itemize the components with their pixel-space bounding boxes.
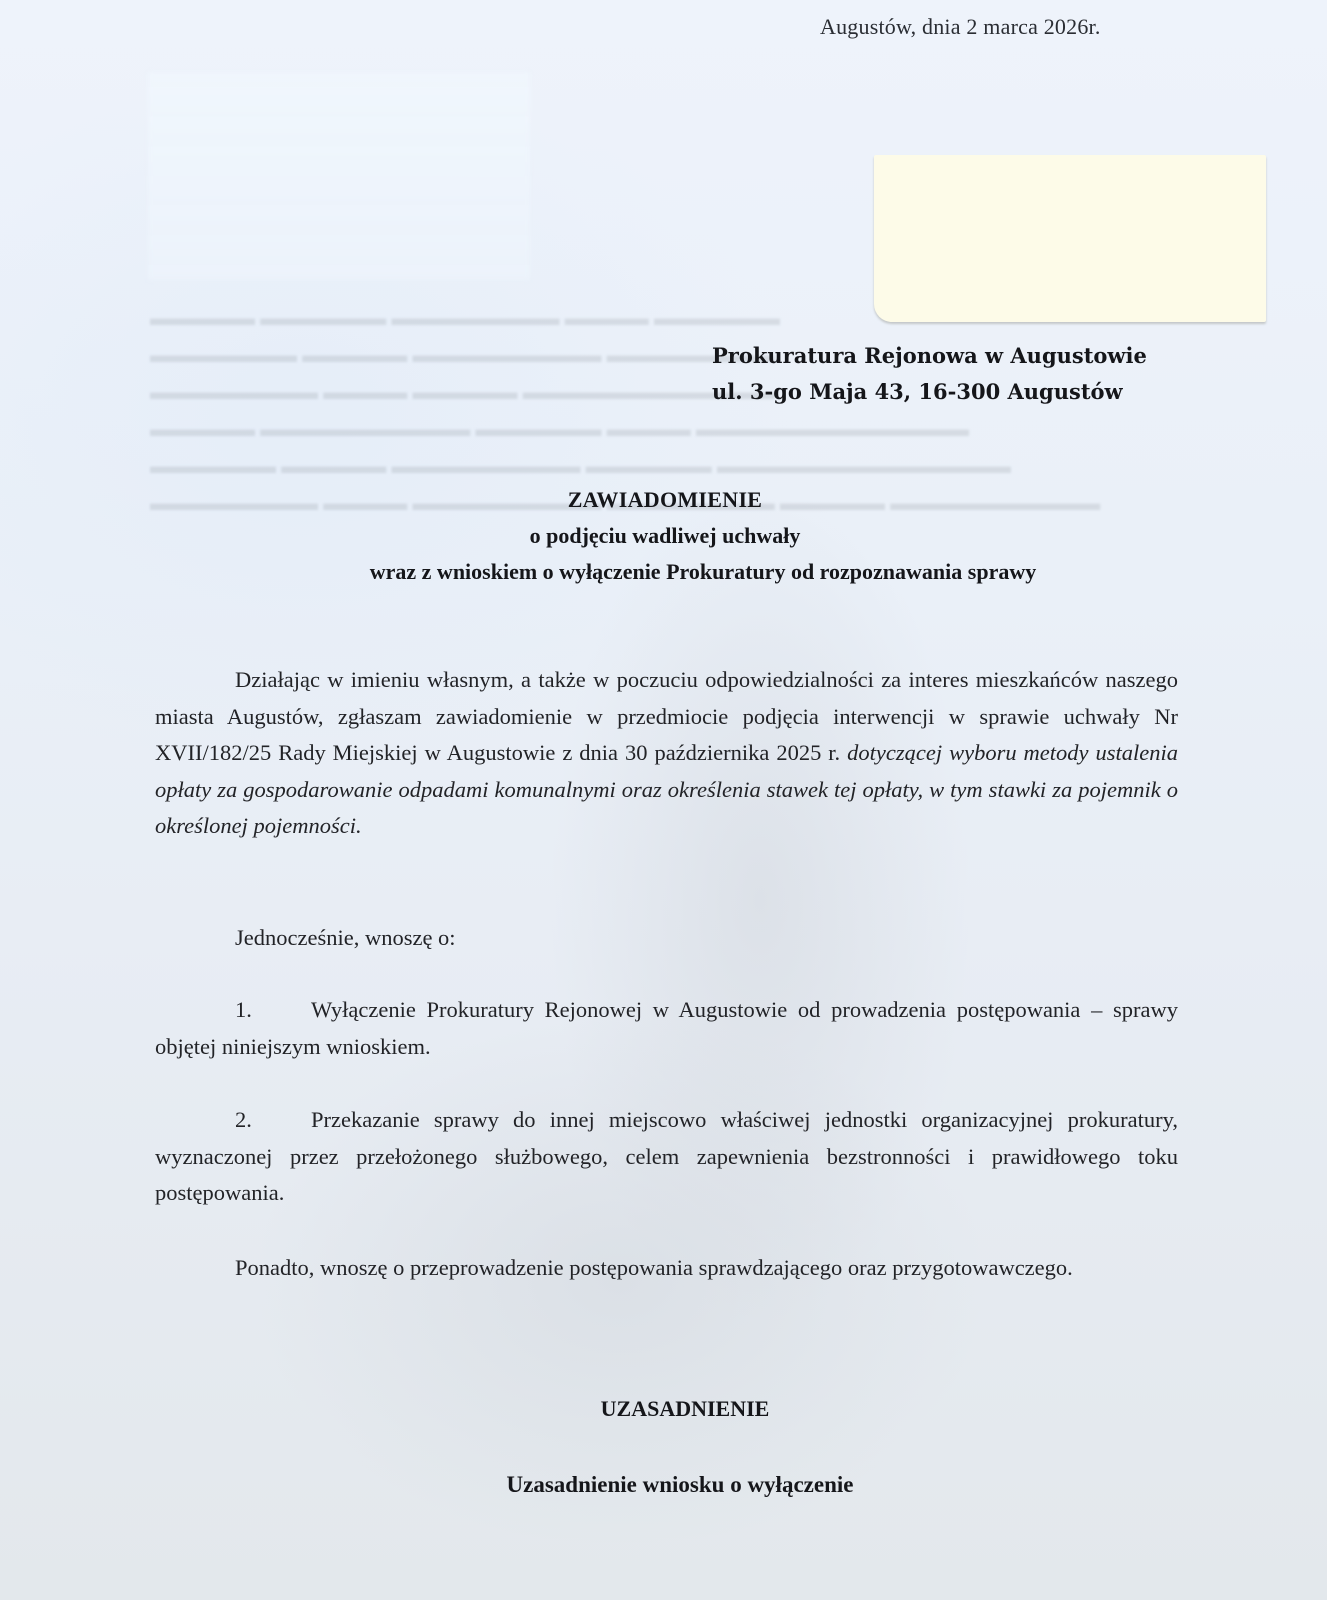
requests-lead-text: Jednocześnie, wnoszę o: bbox=[235, 925, 456, 950]
recipient-address: ul. 3-go Maja 43, 16-300 Augustów bbox=[712, 374, 1147, 410]
place-and-date: Augustów, dnia 2 marca 2026r. bbox=[820, 14, 1101, 40]
section-heading-justification: UZASADNIENIE bbox=[140, 1396, 1190, 1422]
paragraph-additional-request: Ponadto, wnoszę o przeprowadzenie postęp… bbox=[155, 1250, 1178, 1287]
title-line-2: o podjęciu wadliwej uchwały bbox=[140, 518, 1190, 554]
request-number: 2. bbox=[235, 1102, 311, 1139]
subsection-heading-exclusion: Uzasadnienie wniosku o wyłączenie bbox=[140, 1472, 1190, 1498]
title-line-3: wraz z wnioskiem o wyłączenie Prokuratur… bbox=[140, 554, 1190, 590]
request-number: 1. bbox=[235, 992, 311, 1029]
request-item-2: 2.Przekazanie sprawy do innej miejscowo … bbox=[155, 1102, 1178, 1212]
additional-request-text: Ponadto, wnoszę o przeprowadzenie postęp… bbox=[235, 1255, 1073, 1280]
sticky-note bbox=[874, 155, 1266, 322]
title-line-1: ZAWIADOMIENIE bbox=[140, 482, 1190, 518]
recipient-name: Prokuratura Rejonowa w Augustowie bbox=[712, 338, 1147, 374]
recipient-block: Prokuratura Rejonowa w Augustowie ul. 3-… bbox=[712, 338, 1147, 410]
paragraph-intro: Działając w imieniu własnym, a także w p… bbox=[155, 662, 1178, 845]
letter-page: Augustów, dnia 2 marca 2026r. ▬▬▬▬▬ ▬▬▬▬… bbox=[0, 0, 1327, 1600]
redacted-sender-block bbox=[148, 72, 530, 280]
paragraph-requests-lead: Jednocześnie, wnoszę o: bbox=[155, 920, 1178, 957]
document-title: ZAWIADOMIENIE o podjęciu wadliwej uchwał… bbox=[140, 482, 1190, 590]
request-item-1: 1.Wyłączenie Prokuratury Rejonowej w Aug… bbox=[155, 992, 1178, 1065]
